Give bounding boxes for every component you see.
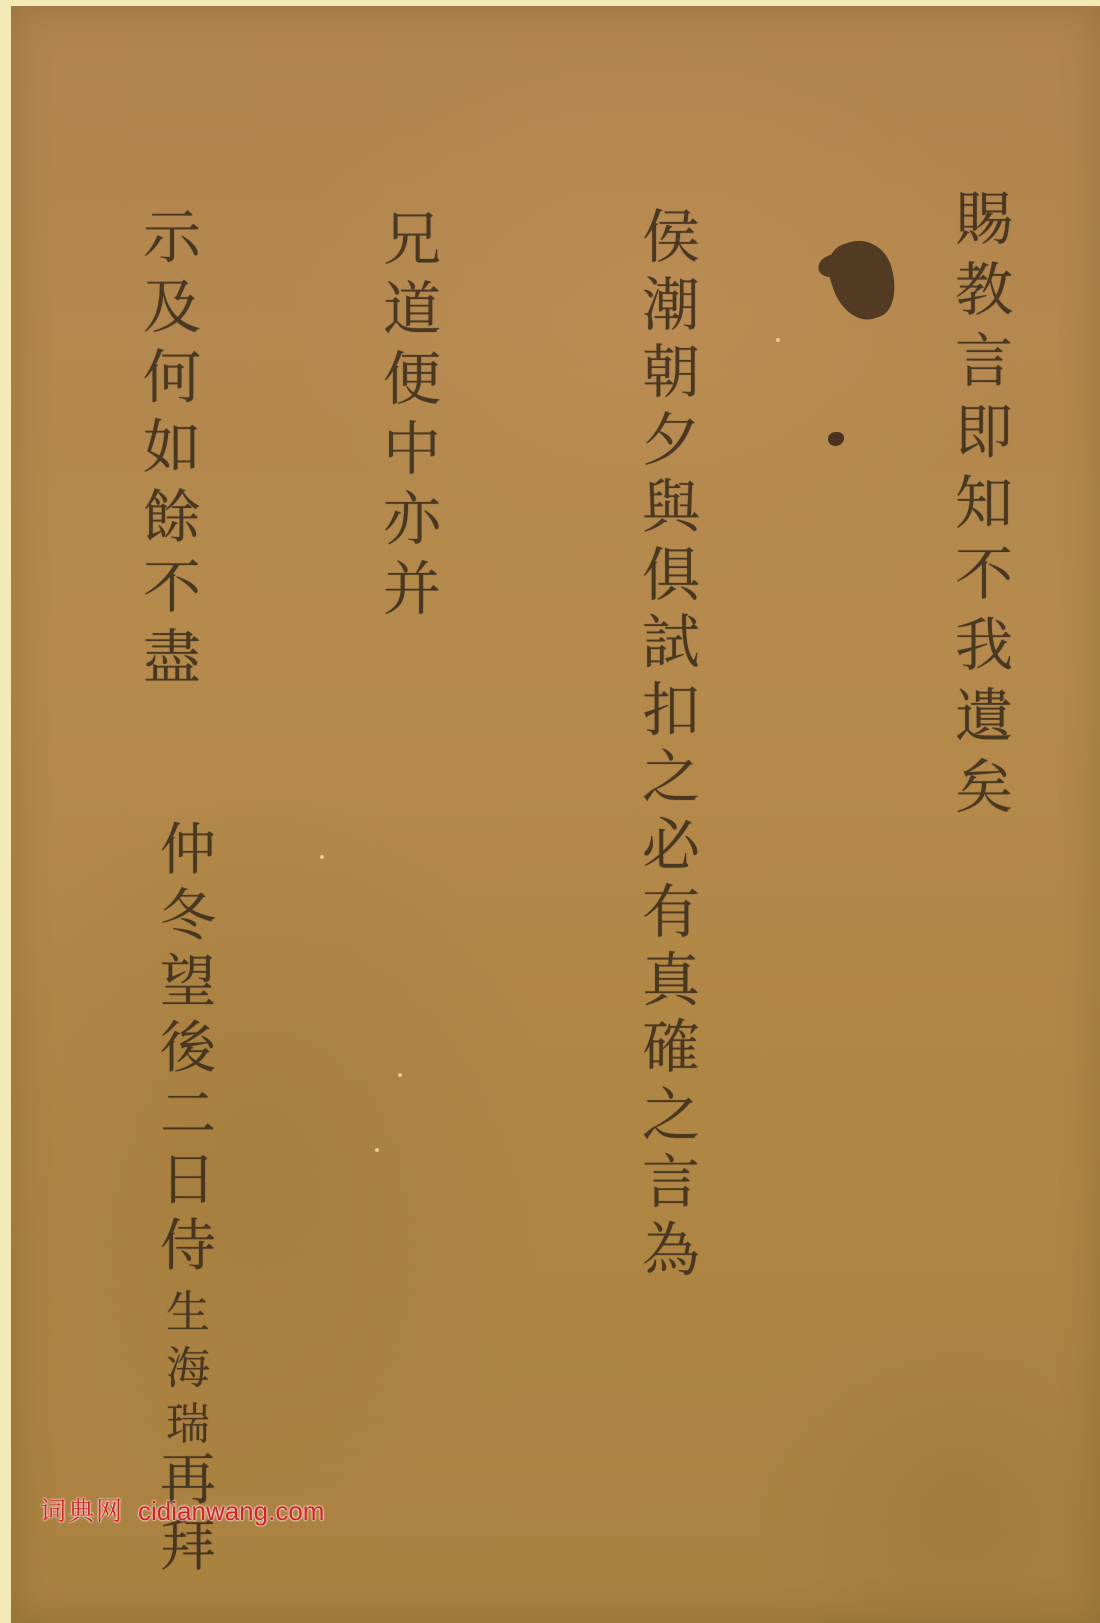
paper-speck <box>776 338 780 342</box>
character: 中 <box>383 420 441 490</box>
character: 與 <box>642 478 700 546</box>
character: 生 <box>166 1284 210 1340</box>
character: 餘 <box>143 488 201 558</box>
character: 侯 <box>642 208 700 276</box>
text-column-1: 賜 教 言 即 知 不 我 遺 矣 <box>955 190 1013 829</box>
text-column-3: 兄 道 便 中 亦 并 <box>383 210 441 630</box>
character: 亦 <box>383 490 441 560</box>
character: 瑞 <box>166 1396 210 1452</box>
character: 試 <box>642 613 700 681</box>
paper-speck <box>375 1148 379 1152</box>
character: 兄 <box>383 210 441 280</box>
character: 拜 <box>160 1518 216 1584</box>
character: 即 <box>955 403 1013 474</box>
character: 侍 <box>160 1218 216 1284</box>
character: 潮 <box>642 276 700 344</box>
character: 為 <box>642 1221 700 1289</box>
character: 我 <box>955 616 1013 687</box>
character: 遺 <box>955 687 1013 758</box>
character: 有 <box>642 883 700 951</box>
character: 賜 <box>955 190 1013 261</box>
character: 二 <box>160 1086 216 1152</box>
character: 如 <box>143 418 201 488</box>
text-column-4: 示 及 何 如 餘 不 盡 <box>143 208 201 698</box>
paper-speck <box>320 855 324 859</box>
character: 及 <box>143 278 201 348</box>
character: 扣 <box>642 681 700 749</box>
character: 言 <box>642 1153 700 1221</box>
character: 朝 <box>642 343 700 411</box>
character: 真 <box>642 951 700 1019</box>
character: 示 <box>143 208 201 278</box>
watermark-url: cidianwang.com <box>138 1496 324 1526</box>
character: 不 <box>955 545 1013 616</box>
character: 之 <box>642 748 700 816</box>
character: 不 <box>143 558 201 628</box>
character: 確 <box>642 1018 700 1086</box>
character: 便 <box>383 350 441 420</box>
character: 後 <box>160 1020 216 1086</box>
character: 言 <box>955 332 1013 403</box>
character: 并 <box>383 560 441 630</box>
watermark-site-name: 词典网 <box>40 1496 124 1526</box>
text-column-2: 侯 潮 朝 夕 與 俱 試 扣 之 必 有 真 確 之 言 為 <box>642 208 700 1288</box>
site-watermark: 词典网cidianwang.com <box>40 1496 324 1526</box>
character: 矣 <box>955 758 1013 829</box>
character: 海 <box>166 1340 210 1396</box>
character: 日 <box>160 1152 216 1218</box>
character: 教 <box>955 261 1013 332</box>
character: 冬 <box>160 888 216 954</box>
character: 何 <box>143 348 201 418</box>
character: 道 <box>383 280 441 350</box>
character: 盡 <box>143 628 201 698</box>
character: 夕 <box>642 411 700 479</box>
character: 之 <box>642 1086 700 1154</box>
character: 必 <box>642 816 700 884</box>
signature-column: 仲 冬 望 後 二 日 侍 生 海 瑞 再 拜 <box>160 822 216 1584</box>
character: 望 <box>160 954 216 1020</box>
paper-speck <box>398 1073 402 1077</box>
character: 仲 <box>160 822 216 888</box>
character: 俱 <box>642 546 700 614</box>
character: 知 <box>955 474 1013 545</box>
